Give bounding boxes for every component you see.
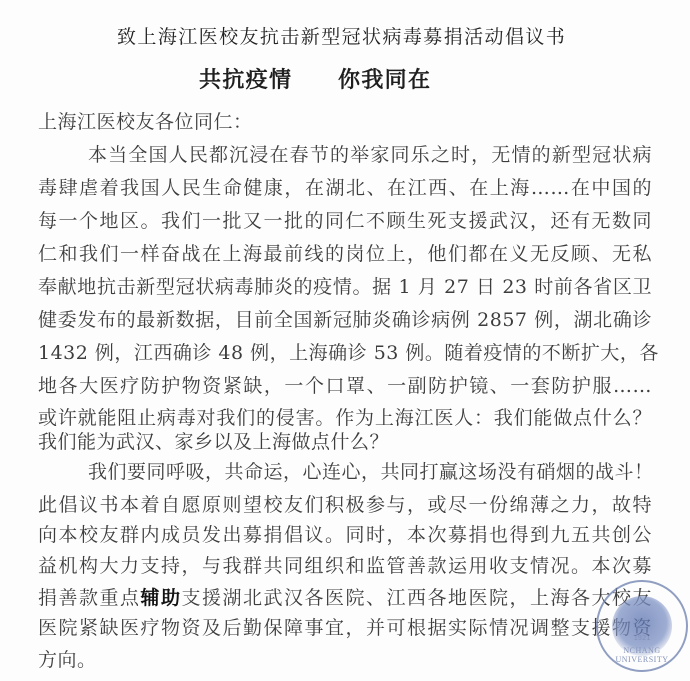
paragraph-1-line: 我们能为武汉、家乡以及上海做点什么？	[38, 428, 652, 456]
paragraph-2-line: 我们要同呼吸，共命运，心连心，共同打赢这场没有硝烟的战斗！	[88, 458, 652, 486]
paragraph-2-line-emphasis: 捐善款重点辅助支援湖北武汉各医院、江西各地医院，上海各大校友	[38, 584, 652, 612]
seal-text: NCHANG UNIVERSITY	[598, 646, 686, 664]
paragraph-1-line: 本当全国人民都沉浸在春节的举家同乐之时，无情的新型冠状病	[88, 141, 652, 169]
paragraph-2-line: 益机构大力支持，与我群共同组织和监管善款运用收支情况。本次募	[38, 552, 652, 580]
proposal-document: 致上海江医校友抗击新型冠状病毒募捐活动倡议书 共抗疫情 你我同在 上海江医校友各…	[0, 0, 690, 681]
paragraph-1-line: 每一个地区。我们一批又一批的同仁不顾生死支援武汉，还有无数同	[38, 207, 652, 235]
paragraph-1-line: 地各大医疗防护物资紧缺，一个口罩、一副防护镜、一套防护服……	[38, 372, 652, 400]
text-segment: 捐善款重点	[38, 587, 141, 609]
paragraph-1-line: 健委发布的最新数据，目前全国新冠肺炎确诊病例 2857 例，湖北确诊	[38, 306, 652, 334]
subtitle-right: 你我同在	[338, 66, 430, 94]
bold-emphasis: 辅助	[141, 587, 182, 609]
paragraph-2-line: 方向。	[38, 646, 652, 674]
paragraph-2-line: 医院紧缺医疗物资及后勤保障事宜，并可根据实际情况调整支援物资	[38, 614, 652, 642]
subtitle-left: 共抗疫情	[199, 66, 291, 94]
paragraph-1-line: 奉献地抗击新型冠状病毒肺炎的疫情。据 1 月 27 日 23 时前各省区卫	[38, 273, 652, 301]
document-title: 致上海江医校友抗击新型冠状病毒募捐活动倡议书	[117, 22, 565, 52]
paragraph-2-line: 此倡议书本着自愿原则望校友们积极参与，或尽一份绵薄之力，故特	[38, 491, 652, 519]
paragraph-1-line: 1432 例，江西确诊 48 例，上海确诊 53 例。随着疫情的不断扩大，各	[38, 339, 652, 367]
university-seal-icon: 1921 NCHANG UNIVERSITY	[596, 580, 688, 672]
seal-year: 1921	[598, 634, 686, 642]
paragraph-1-line: 毒肆虐着我国人民生命健康，在湖北、在江西、在上海……在中国的	[38, 174, 652, 202]
greeting: 上海江医校友各位同仁：	[38, 108, 652, 136]
paragraph-2-line: 向本校友群内成员发出募捐倡议。同时，本次募捐也得到九五共创公	[38, 521, 652, 549]
paragraph-1-line: 仁和我们一样奋战在上海最前线的岗位上，他们都在义无反顾、无私	[38, 240, 652, 268]
text-segment: 支援湖北武汉各医院、江西各地医院，上海各大校友	[182, 587, 652, 609]
